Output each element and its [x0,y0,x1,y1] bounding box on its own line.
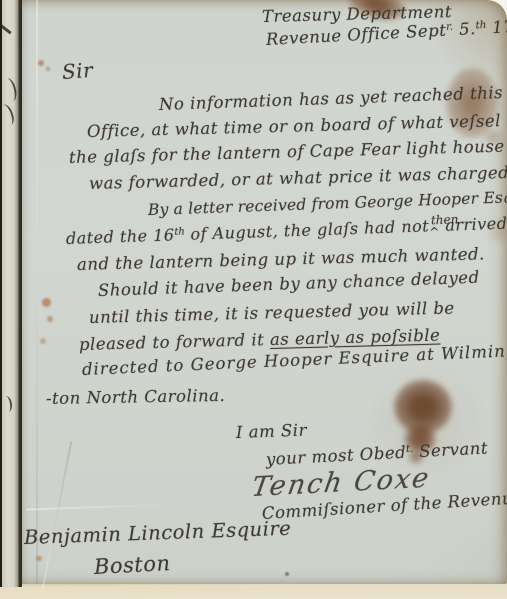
margin-ink-fragment [0,25,11,35]
paper-crease [26,503,176,510]
fox-spot [46,67,50,71]
insertion: then^ [429,218,440,238]
addressee-line: Benjamin Lincoln Esquire [24,519,292,548]
inserted-word: then [431,213,459,226]
body-line: Office, at what time or on board of what… [87,113,501,140]
body-line: was forwarded, or at what price it was c… [89,165,507,193]
body-text: of August, the glaſs had not [185,216,430,244]
header-date-year: 1794 [486,16,507,38]
body-text: pleased to forward it [79,330,270,354]
body-text: -ton North Carolina. [46,386,226,408]
fox-spot [38,60,44,66]
body-text: the glaſs for the lantern of Cape Fear l… [69,137,505,167]
book-spine-edge [0,0,22,587]
margin-ink-fragment [0,77,18,103]
body-text: Office, at what time or on board of what… [87,111,501,141]
superscript-th: th [174,226,185,237]
header-date-day: 5. [453,19,476,39]
closing-text: Servant [413,438,489,461]
body-text: Should it have been by any chance delaye… [98,268,480,300]
body-text: No information has as yet reached this [159,83,504,114]
fox-spot [36,556,42,561]
closing-text: I am Sir [236,421,308,442]
closing-line: your most Obedt. Servant [266,440,489,468]
body-text: was forwarded, or at what price it was c… [89,163,507,193]
body-line: Should it have been by any chance delaye… [98,270,480,300]
ink-stain [394,380,452,434]
header-sup-th: th [475,20,486,32]
paper-crease [42,441,73,589]
paper-crease [36,0,38,584]
body-line: until this time, it is requested you wil… [89,300,455,326]
salutation: Sir [61,60,93,82]
letter-page: Treasury Department Revenue Office Septr… [22,0,507,584]
closing-line: I am Sir [236,423,308,442]
body-text: until this time, it is requested you wil… [89,298,455,327]
body-line: the glaſs for the lantern of Cape Fear l… [69,139,505,167]
addressee-name: Benjamin Lincoln Esquire [24,517,292,549]
margin-ink-fragment [1,395,14,412]
margin-ink-fragment [0,103,16,128]
body-line: -ton North Carolina. [46,388,226,408]
addressee-city: Boston [93,551,171,579]
letter-photo: Treasury Department Revenue Office Septr… [0,0,507,599]
fox-spot [42,298,51,307]
salutation-text: Sir [61,58,94,84]
fox-spot [285,572,289,576]
fox-spot [47,316,53,322]
body-line: No information has as yet reached this [159,85,504,114]
body-text: dated the 16 [66,225,175,248]
addressee-line: Boston [93,553,170,578]
fox-spot [40,338,46,344]
